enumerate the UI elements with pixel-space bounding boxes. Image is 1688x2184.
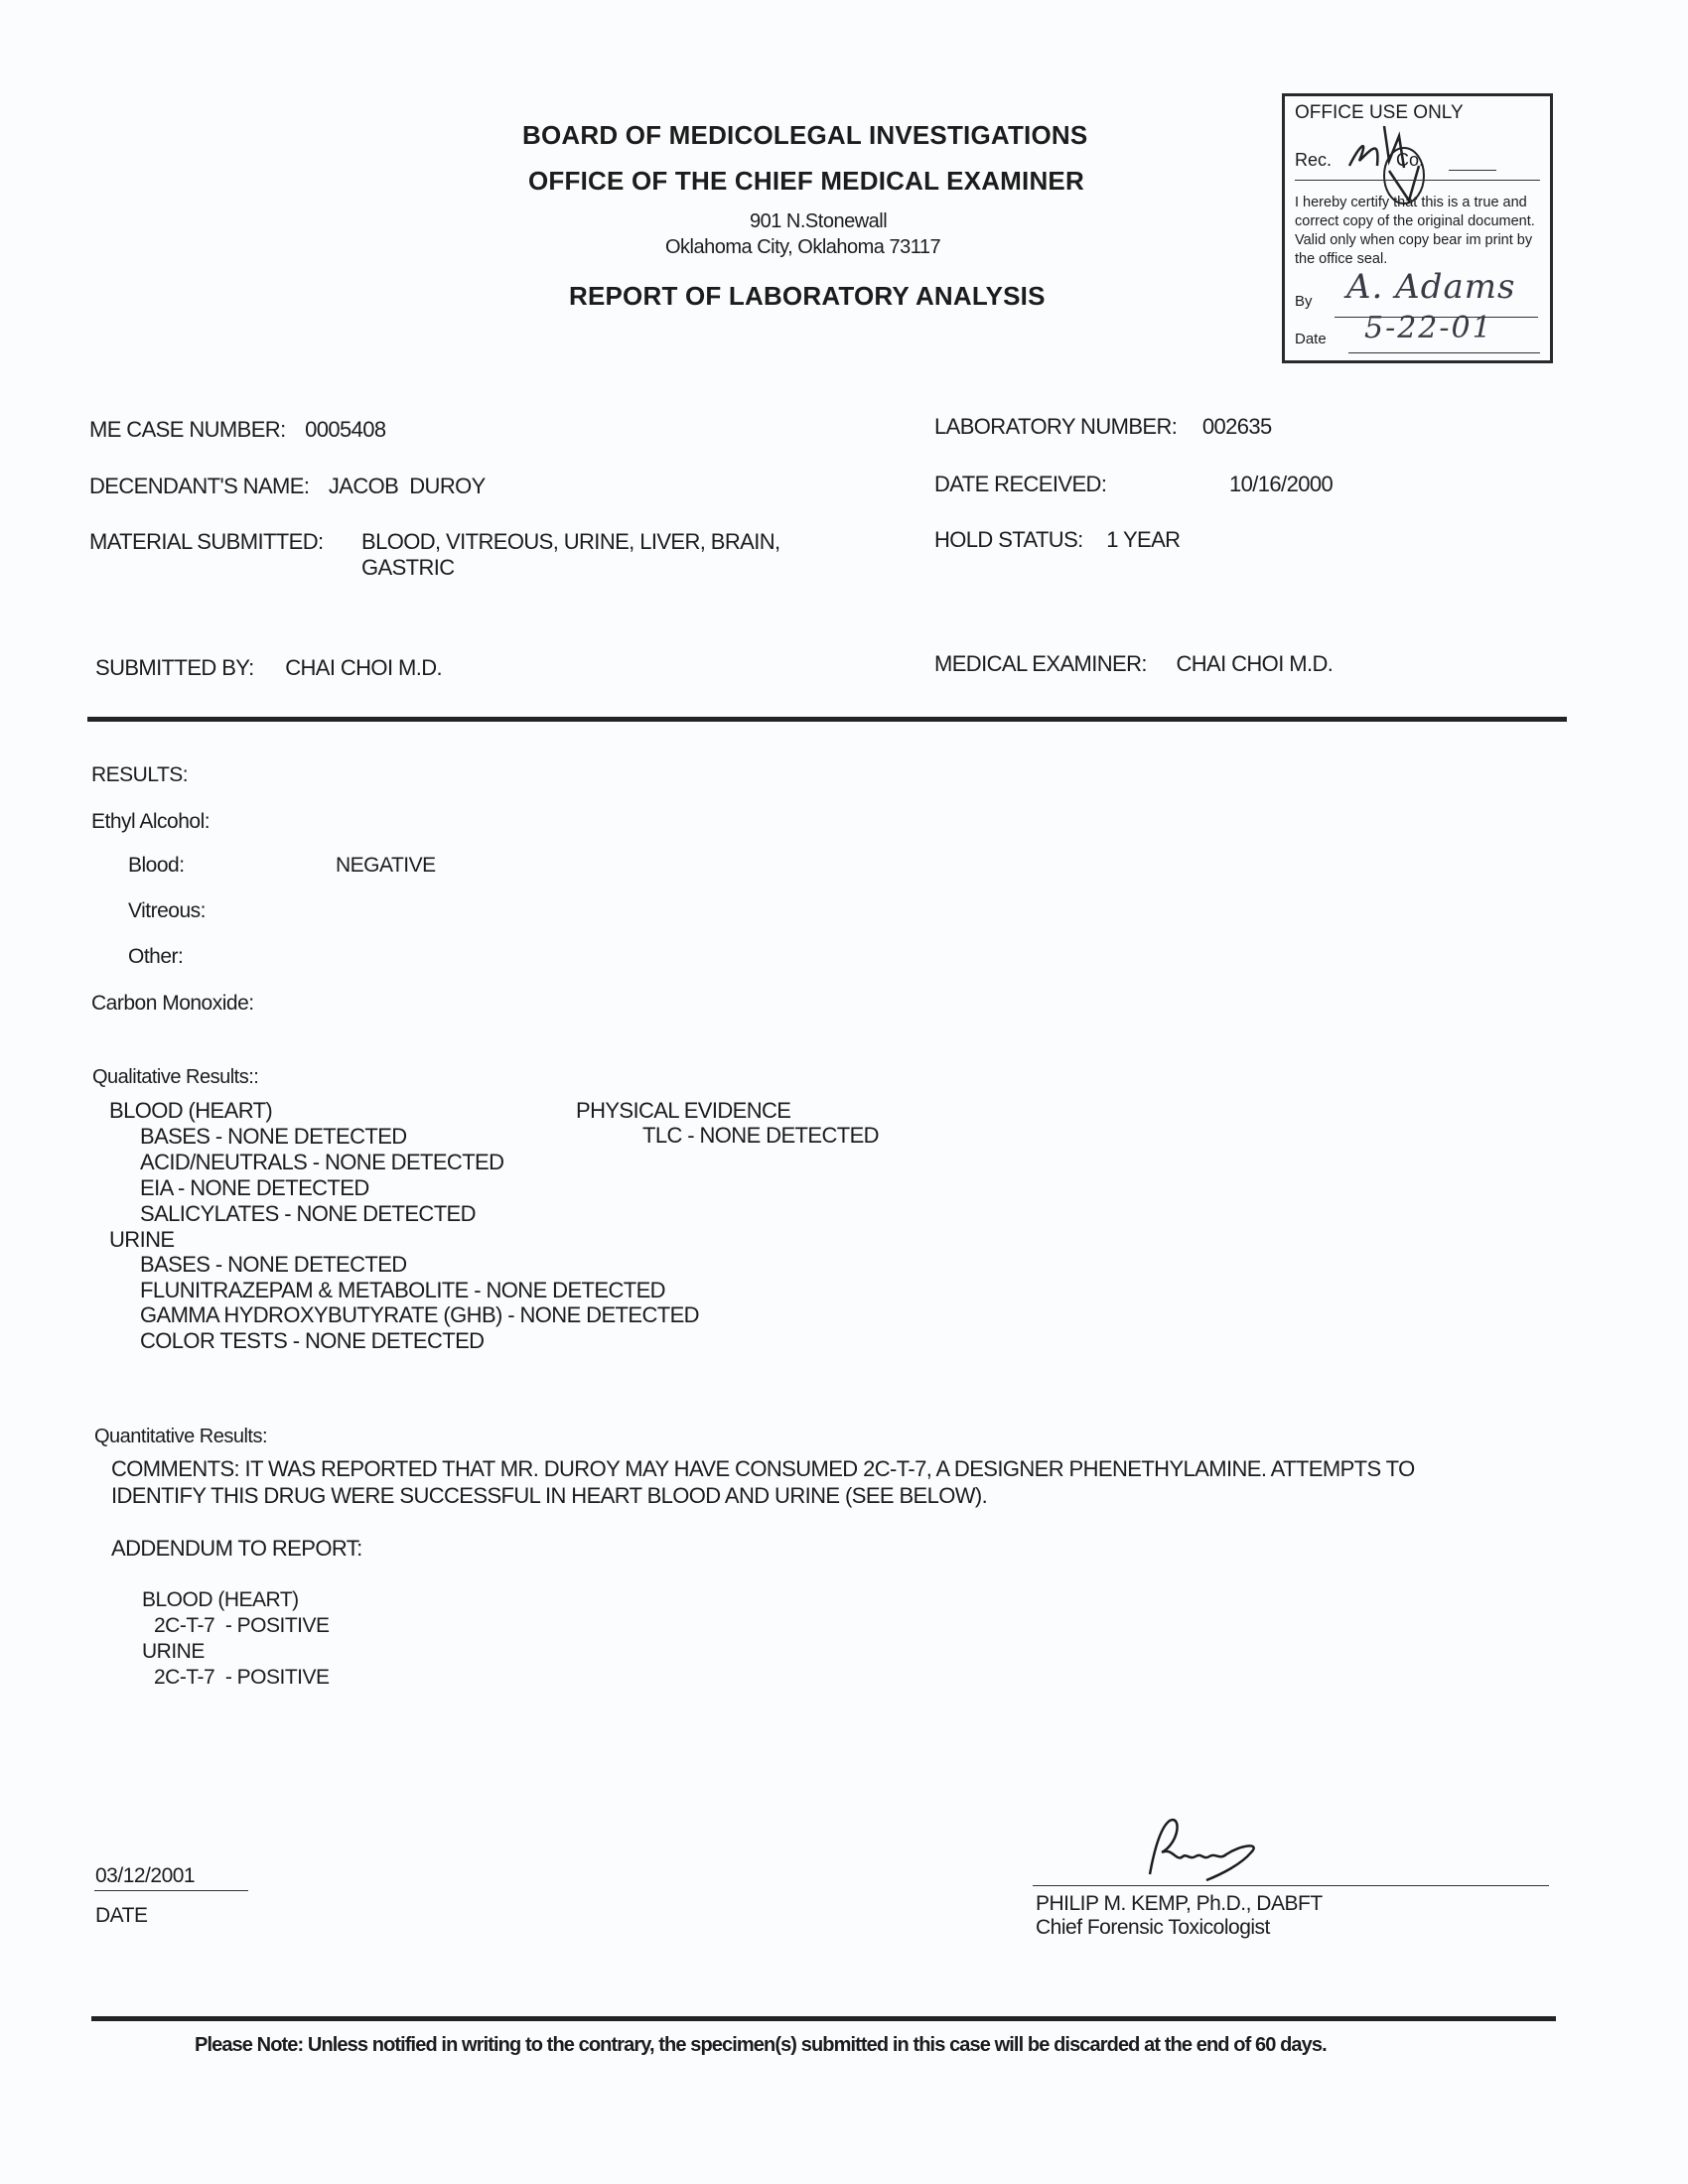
qual-urine-item: FLUNITRAZEPAM & METABOLITE - NONE DETECT… [140, 1278, 665, 1303]
office-use-divider [1295, 180, 1540, 181]
footer-note: Please Note: Unless notified in writing … [195, 2034, 1327, 2057]
qual-blood-heading: BLOOD (HEART) [109, 1098, 272, 1124]
addendum-blood-heading: BLOOD (HEART) [142, 1588, 299, 1612]
blood-label: Blood: [128, 854, 185, 878]
address-city: Oklahoma City, Oklahoma 73117 [665, 236, 940, 259]
other-label: Other: [128, 945, 183, 969]
hold-status-value: 1 YEAR [1106, 527, 1180, 552]
decedent-name: DECENDANT'S NAME: JACOB DUROY [89, 474, 486, 499]
results-heading: RESULTS: [91, 763, 188, 787]
material-submitted-label: MATERIAL SUBMITTED: [89, 529, 324, 555]
signature-line [1033, 1885, 1549, 1886]
qual-urine-item: COLOR TESTS - NONE DETECTED [140, 1328, 484, 1354]
report-date-label: DATE [95, 1904, 147, 1928]
physical-evidence-item: TLC - NONE DETECTED [642, 1123, 879, 1149]
addendum-heading: ADDENDUM TO REPORT: [111, 1536, 362, 1562]
laboratory-number: LABORATORY NUMBER: 002635 [934, 414, 1272, 440]
office-date-label: Date [1295, 331, 1327, 347]
signer-name: PHILIP M. KEMP, Ph.D., DABFT [1036, 1892, 1323, 1916]
medical-examiner: MEDICAL EXAMINER: CHAI CHOI M.D. [934, 651, 1333, 677]
carbon-monoxide-label: Carbon Monoxide: [91, 992, 254, 1016]
medical-examiner-label: MEDICAL EXAMINER: [934, 651, 1147, 676]
me-case-number: ME CASE NUMBER: 0005408 [89, 417, 386, 443]
me-case-value: 0005408 [305, 417, 385, 442]
comments-line1: COMMENTS: IT WAS REPORTED THAT MR. DUROY… [111, 1456, 1415, 1482]
material-submitted-line1: BLOOD, VITREOUS, URINE, LIVER, BRAIN, [361, 529, 780, 555]
qual-urine-item: GAMMA HYDROXYBUTYRATE (GHB) - NONE DETEC… [140, 1302, 699, 1328]
submitted-by: SUBMITTED BY: CHAI CHOI M.D. [95, 655, 442, 681]
comments-line2: IDENTIFY THIS DRUG WERE SUCCESSFUL IN HE… [111, 1483, 987, 1509]
report-date-line [94, 1890, 248, 1891]
handwritten-initials-icon [1330, 106, 1439, 205]
office-date-value: 5-22-01 [1364, 311, 1493, 345]
hold-status: HOLD STATUS: 1 YEAR [934, 527, 1180, 553]
hold-status-label: HOLD STATUS: [934, 527, 1083, 552]
addendum-urine-heading: URINE [142, 1640, 205, 1664]
rec-label: Rec. [1295, 150, 1332, 171]
office-name: OFFICE OF THE CHIEF MEDICAL EXAMINER [528, 166, 1084, 197]
qual-blood-item: ACID/NEUTRALS - NONE DETECTED [140, 1150, 503, 1175]
report-title: REPORT OF LABORATORY ANALYSIS [569, 281, 1046, 312]
physical-evidence-heading: PHYSICAL EVIDENCE [576, 1098, 790, 1124]
co-line [1449, 170, 1496, 171]
qual-urine-item: BASES - NONE DETECTED [140, 1252, 407, 1278]
addendum-urine-item: 2C-T-7 - POSITIVE [154, 1666, 330, 1690]
addendum-blood-item: 2C-T-7 - POSITIVE [154, 1614, 330, 1638]
lab-number-label: LABORATORY NUMBER: [934, 414, 1177, 439]
org-name: BOARD OF MEDICOLEGAL INVESTIGATIONS [522, 120, 1087, 151]
decedent-label: DECENDANT'S NAME: [89, 474, 309, 498]
submitted-by-label: SUBMITTED BY: [95, 655, 254, 680]
date-received-label: DATE RECEIVED: [934, 472, 1106, 497]
office-use-box: OFFICE USE ONLY Rec. Co. I hereby certif… [1282, 93, 1553, 363]
qual-urine-heading: URINE [109, 1227, 174, 1253]
qual-blood-item: EIA - NONE DETECTED [140, 1175, 369, 1201]
vitreous-label: Vitreous: [128, 899, 206, 923]
qual-blood-item: SALICYLATES - NONE DETECTED [140, 1201, 476, 1227]
me-case-label: ME CASE NUMBER: [89, 417, 286, 442]
qual-blood-item: BASES - NONE DETECTED [140, 1124, 407, 1150]
material-submitted-line2: GASTRIC [361, 555, 455, 581]
quantitative-heading: Quantitative Results: [94, 1426, 267, 1448]
certification-text: I hereby certify that this is a true and… [1295, 194, 1548, 269]
medical-examiner-value: CHAI CHOI M.D. [1176, 651, 1333, 676]
office-date-line [1348, 352, 1540, 353]
blood-value: NEGATIVE [336, 854, 436, 878]
footer-divider [91, 2016, 1556, 2021]
date-received-value: 10/16/2000 [1229, 472, 1333, 497]
ethyl-alcohol-label: Ethyl Alcohol: [91, 810, 210, 834]
signature-icon [1132, 1813, 1331, 1882]
signer-title: Chief Forensic Toxicologist [1036, 1916, 1270, 1940]
report-date-value: 03/12/2001 [95, 1864, 195, 1888]
lab-number-value: 002635 [1202, 414, 1272, 439]
decedent-value: JACOB DUROY [329, 474, 486, 498]
submitted-by-value: CHAI CHOI M.D. [285, 655, 442, 680]
qualitative-heading: Qualitative Results:: [92, 1066, 258, 1089]
section-divider [87, 717, 1567, 722]
address-street: 901 N.Stonewall [750, 210, 887, 233]
by-signature: A. Adams [1346, 267, 1515, 307]
by-label: By [1295, 293, 1313, 310]
